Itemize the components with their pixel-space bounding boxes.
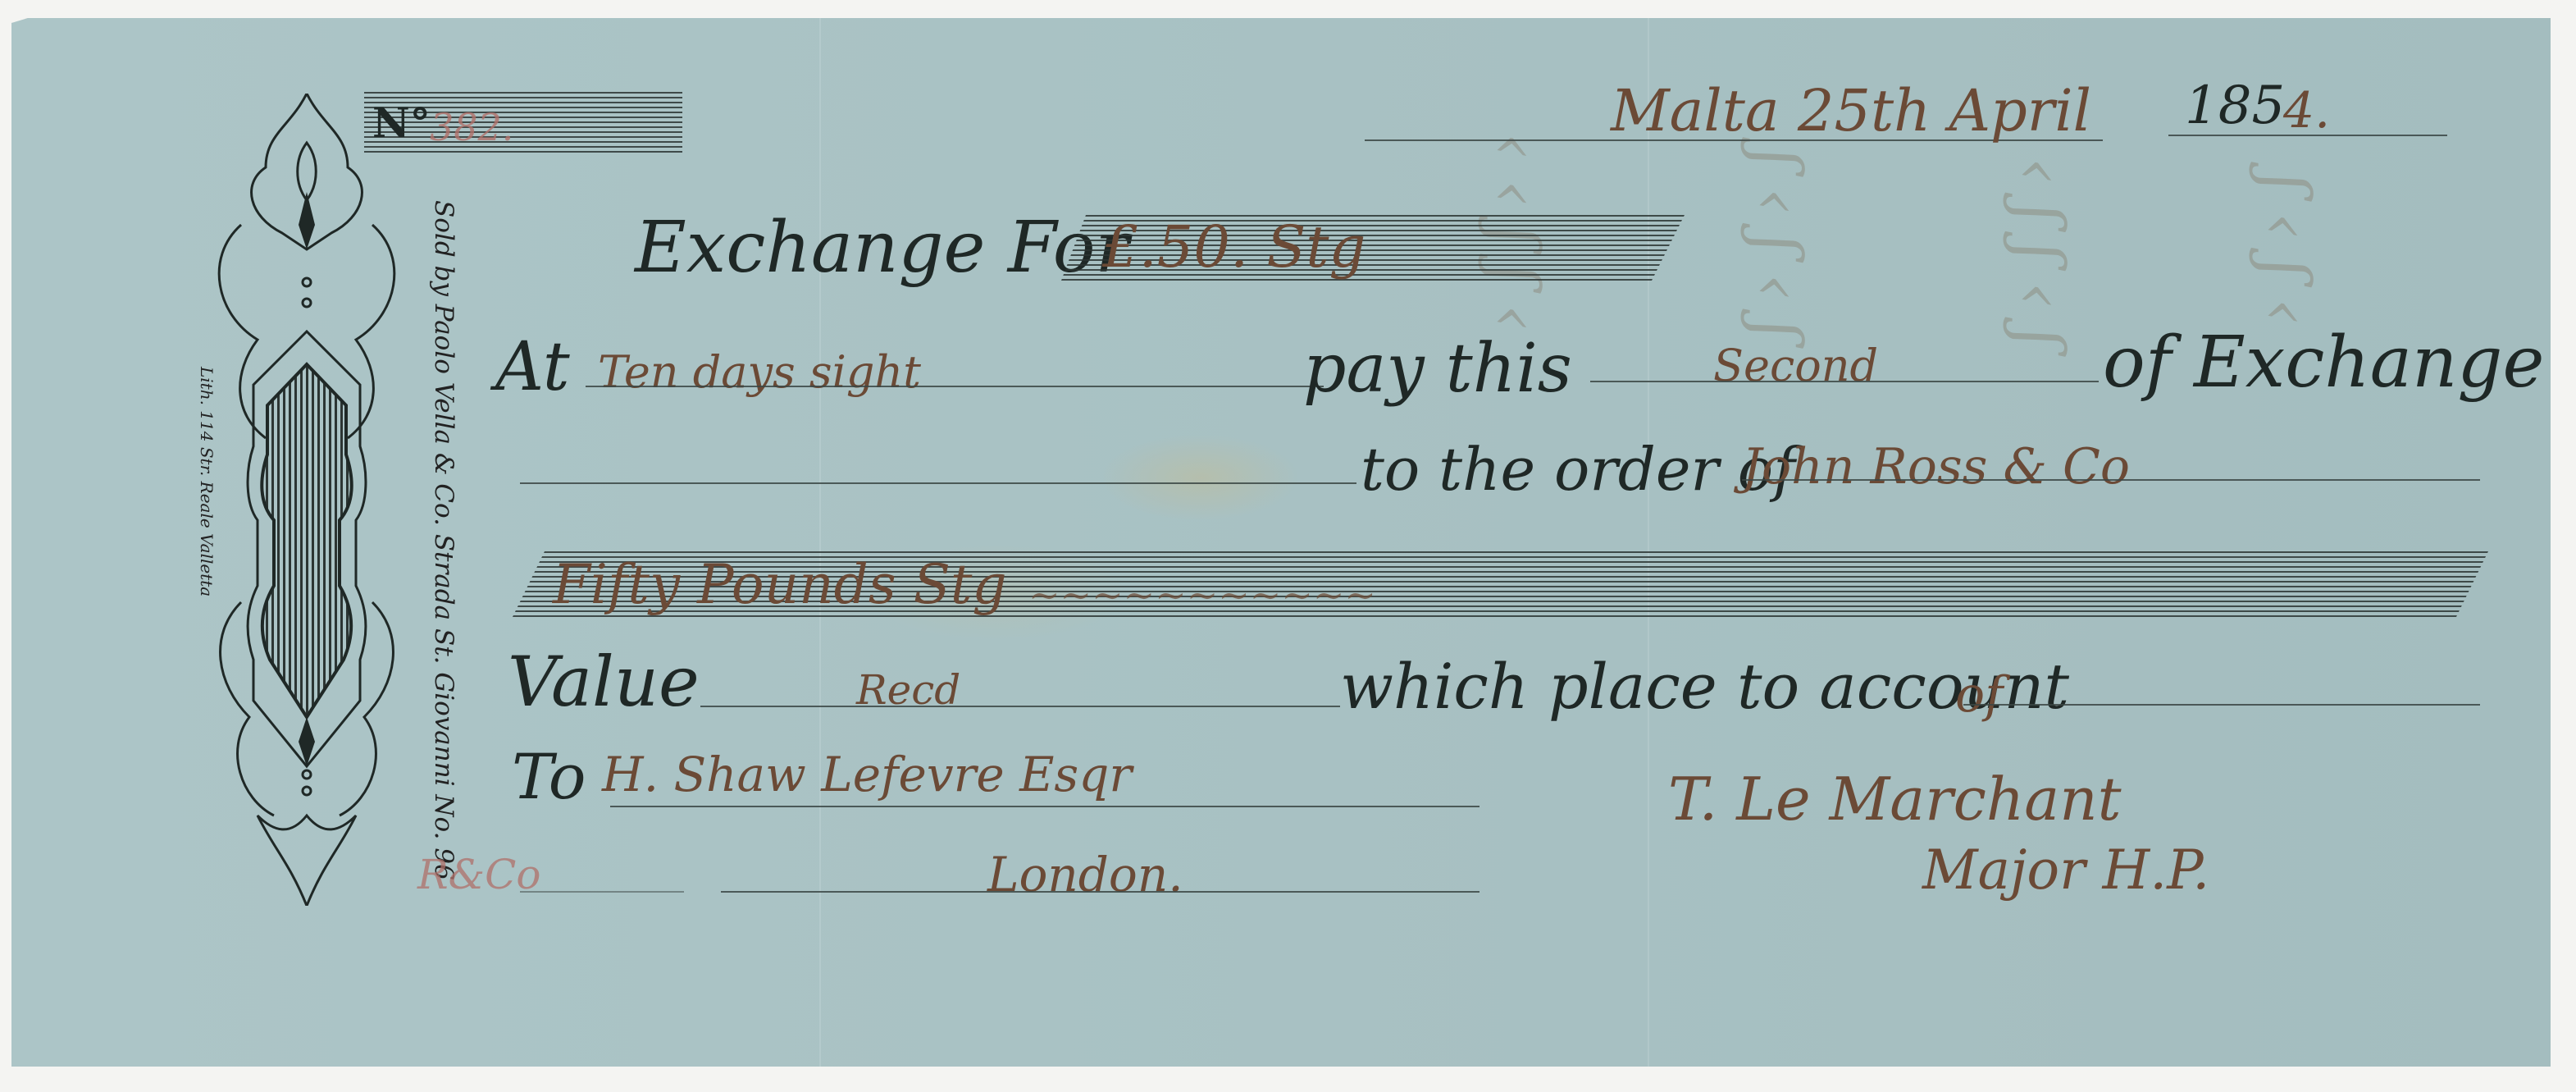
drawee-rule [610, 806, 1479, 807]
city-left-rule [520, 891, 684, 893]
drawee-name: H. Shaw Lefevre Esqr [602, 747, 1132, 802]
copy-rule [1590, 381, 2099, 382]
to-label: To [512, 740, 586, 813]
place-date: Malta 25th April [1611, 77, 2091, 144]
copy-ordinal: Second [1713, 340, 1878, 391]
fold-crease [819, 18, 821, 1067]
amount-figures: £.50. Stg [1102, 213, 1366, 281]
endorsement-mark: R&Co [417, 851, 541, 898]
account-rule [1963, 704, 2480, 706]
term-rule [586, 386, 1324, 387]
bill-number: 382. [430, 105, 513, 149]
year-printed: 185 [2185, 75, 2285, 136]
bleed-through-writing: ʃ ‹ ʃ ‹ ʃ [1739, 149, 1816, 339]
pay-this-label: pay this [1303, 330, 1572, 408]
lithographer-imprint: Lith. 114 Str. Reale Valletta [197, 367, 217, 596]
payee: John Ross & Co [1742, 438, 2130, 496]
order-left-rule [520, 482, 1356, 484]
to-order-label: to the order of [1361, 435, 1795, 504]
payee-rule [1742, 479, 2480, 481]
year-handwritten: 4. [2283, 82, 2330, 139]
value-rule [700, 706, 1340, 707]
number-label: N° [372, 98, 431, 147]
bleed-through-writing: ‹ ʃ ʃ ‹ ʃ [2002, 158, 2078, 347]
at-label: At [495, 328, 570, 406]
bleed-through-writing: ʃ ‹ ʃ ‹ [2248, 174, 2324, 325]
account-of: of [1955, 666, 2003, 724]
year-rule [2168, 135, 2447, 136]
value-label: Value [508, 642, 700, 722]
exchange-for-label: Exchange For [635, 207, 1129, 289]
amount-words: Fifty Pounds Stg [553, 553, 1007, 616]
drawee-city: London. [987, 847, 1183, 902]
fold-crease [1648, 18, 1649, 1067]
decorative-ornament-icon [208, 94, 405, 906]
printer-imprint: Sold by Paolo Vella & Co. Strada St. Gio… [429, 200, 458, 880]
of-exchange-label: of Exchange [2103, 322, 2544, 404]
city-rule [721, 891, 1479, 893]
amount-flourish: ∼∼∼∼∼∼∼∼∼∼∼ [1028, 573, 1376, 617]
signature-title: Major H.P. [1922, 838, 2209, 902]
bill-of-exchange-paper: ‹ ‹ ʃ ʃ ‹ ʃ ‹ ʃ ‹ ʃ ‹ ʃ ʃ ‹ ʃ ʃ ‹ ʃ ‹ So… [11, 18, 2551, 1067]
signature-name: T. Le Marchant [1668, 765, 2122, 834]
term: Ten days sight [598, 346, 921, 398]
